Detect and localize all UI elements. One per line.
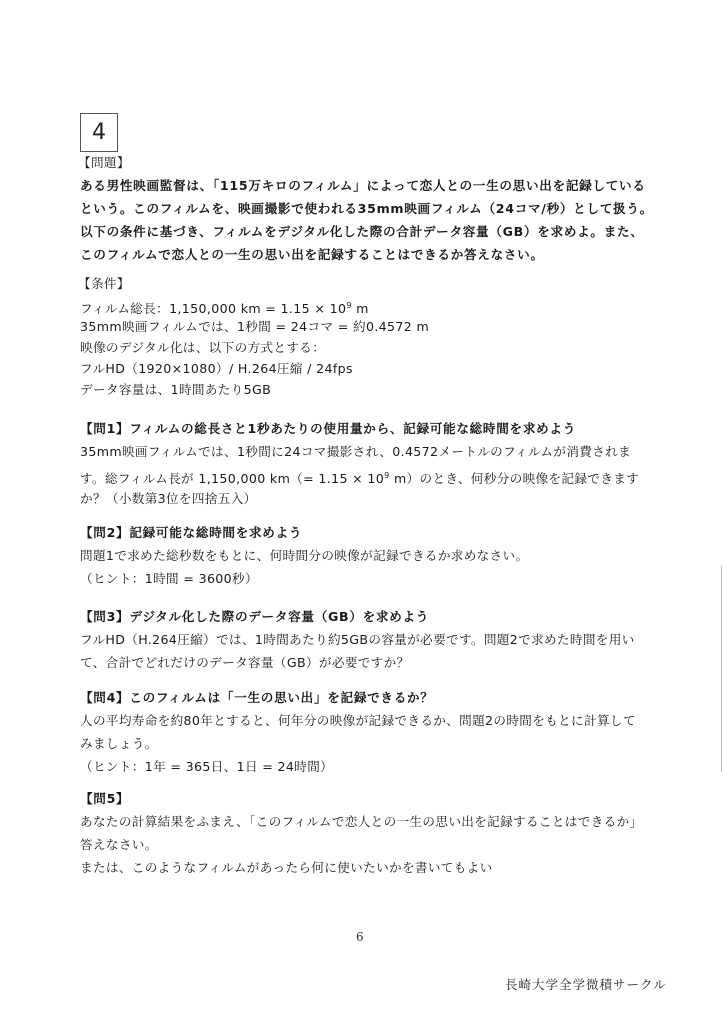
question-4-heading: 【問4】このフィルムは「一生の思い出」を記録できるか？ <box>80 690 434 706</box>
problem-text-line-4: このフィルムで恋人との一生の思い出を記録することはできるか答えなさい。 <box>80 247 544 263</box>
document-page: 4 【問題】 ある男性映画監督は、「115万キロのフィルム」によって恋人との一生… <box>0 0 723 1024</box>
problem-text-line-1: ある男性映画監督は、「115万キロのフィルム」によって恋人との一生の思い出を記録… <box>80 178 646 194</box>
page-number: 6 <box>356 930 364 944</box>
scrollbar-edge[interactable] <box>721 566 722 772</box>
question-5-line-1: あなたの計算結果をふまえ、「このフィルムで恋人との一生の思い出を記録することはで… <box>80 814 642 830</box>
condition-data-size: データ容量は、1時間あたり5GB <box>80 382 271 398</box>
question-3-heading: 【問3】デジタル化した際のデータ容量（GB）を求めよう <box>80 609 429 625</box>
question-1-line-1: 35mm映画フィルムでは、1秒間に24コマ撮影され、0.4572メートルのフィル… <box>80 444 631 460</box>
question-4-line-1: 人の平均寿命を約80年とすると、何年分の映像が記録できるか、問題2の時間をもとに… <box>80 713 636 729</box>
problem-label: 【問題】 <box>78 155 130 171</box>
question-1-heading: 【問1】フィルムの総長さと1秒あたりの使用量から、記録可能な総時間を求めよう <box>80 421 576 437</box>
condition-format: フルHD（1920×1080）/ H.264圧縮 / 24fps <box>80 361 353 377</box>
conditions-label: 【条件】 <box>78 276 130 292</box>
condition-frame-rate: 35mm映画フィルムでは、1秒間 = 24コマ = 約0.4572 m <box>80 319 429 335</box>
question-4-line-2: みましょう。 <box>80 736 158 752</box>
question-1-line-2: す。総フィルム長が 1,150,000 km（= 1.15 × 109 m）のと… <box>80 468 639 487</box>
question-5-heading: 【問5】 <box>80 791 129 807</box>
question-1-line-3: か？（小数第3位を四捨五入） <box>80 491 257 507</box>
problem-text-line-2: という。このフィルムを、映画撮影で使われる35mm映画フィルム（24コマ/秒）と… <box>80 201 653 217</box>
footer-organization: 長崎大学全学微積サークル <box>505 975 667 993</box>
question-3-line-2: て、合計でどれだけのデータ容量（GB）が必要ですか？ <box>80 655 410 671</box>
question-2-hint: （ヒント：1時間 = 3600秒） <box>80 571 258 587</box>
problem-number-box: 4 <box>80 113 118 152</box>
question-5-line-3: または、このようなフィルムがあったら何に使いたいかを書いてもよい <box>80 860 493 876</box>
question-3-line-1: フルHD（H.264圧縮）では、1時間あたり約5GBの容量が必要です。問題2で求… <box>80 632 635 648</box>
question-5-line-2: 答えなさい。 <box>80 837 158 853</box>
condition-film-length: フィルム総長：1,150,000 km = 1.15 × 109 m <box>80 298 369 317</box>
question-2-heading: 【問2】記録可能な総時間を求めよう <box>80 525 302 541</box>
problem-text-line-3: 以下の条件に基づき、フィルムをデジタル化した際の合計データ容量（GB）を求めよ。… <box>80 224 644 240</box>
question-4-hint: （ヒント：1年 = 365日、1日 = 24時間） <box>80 759 333 775</box>
question-2-line-1: 問題1で求めた総秒数をもとに、何時間分の映像が記録できるか求めなさい。 <box>80 548 528 564</box>
condition-digitization: 映像のデジタル化は、以下の方式とする： <box>80 340 325 356</box>
